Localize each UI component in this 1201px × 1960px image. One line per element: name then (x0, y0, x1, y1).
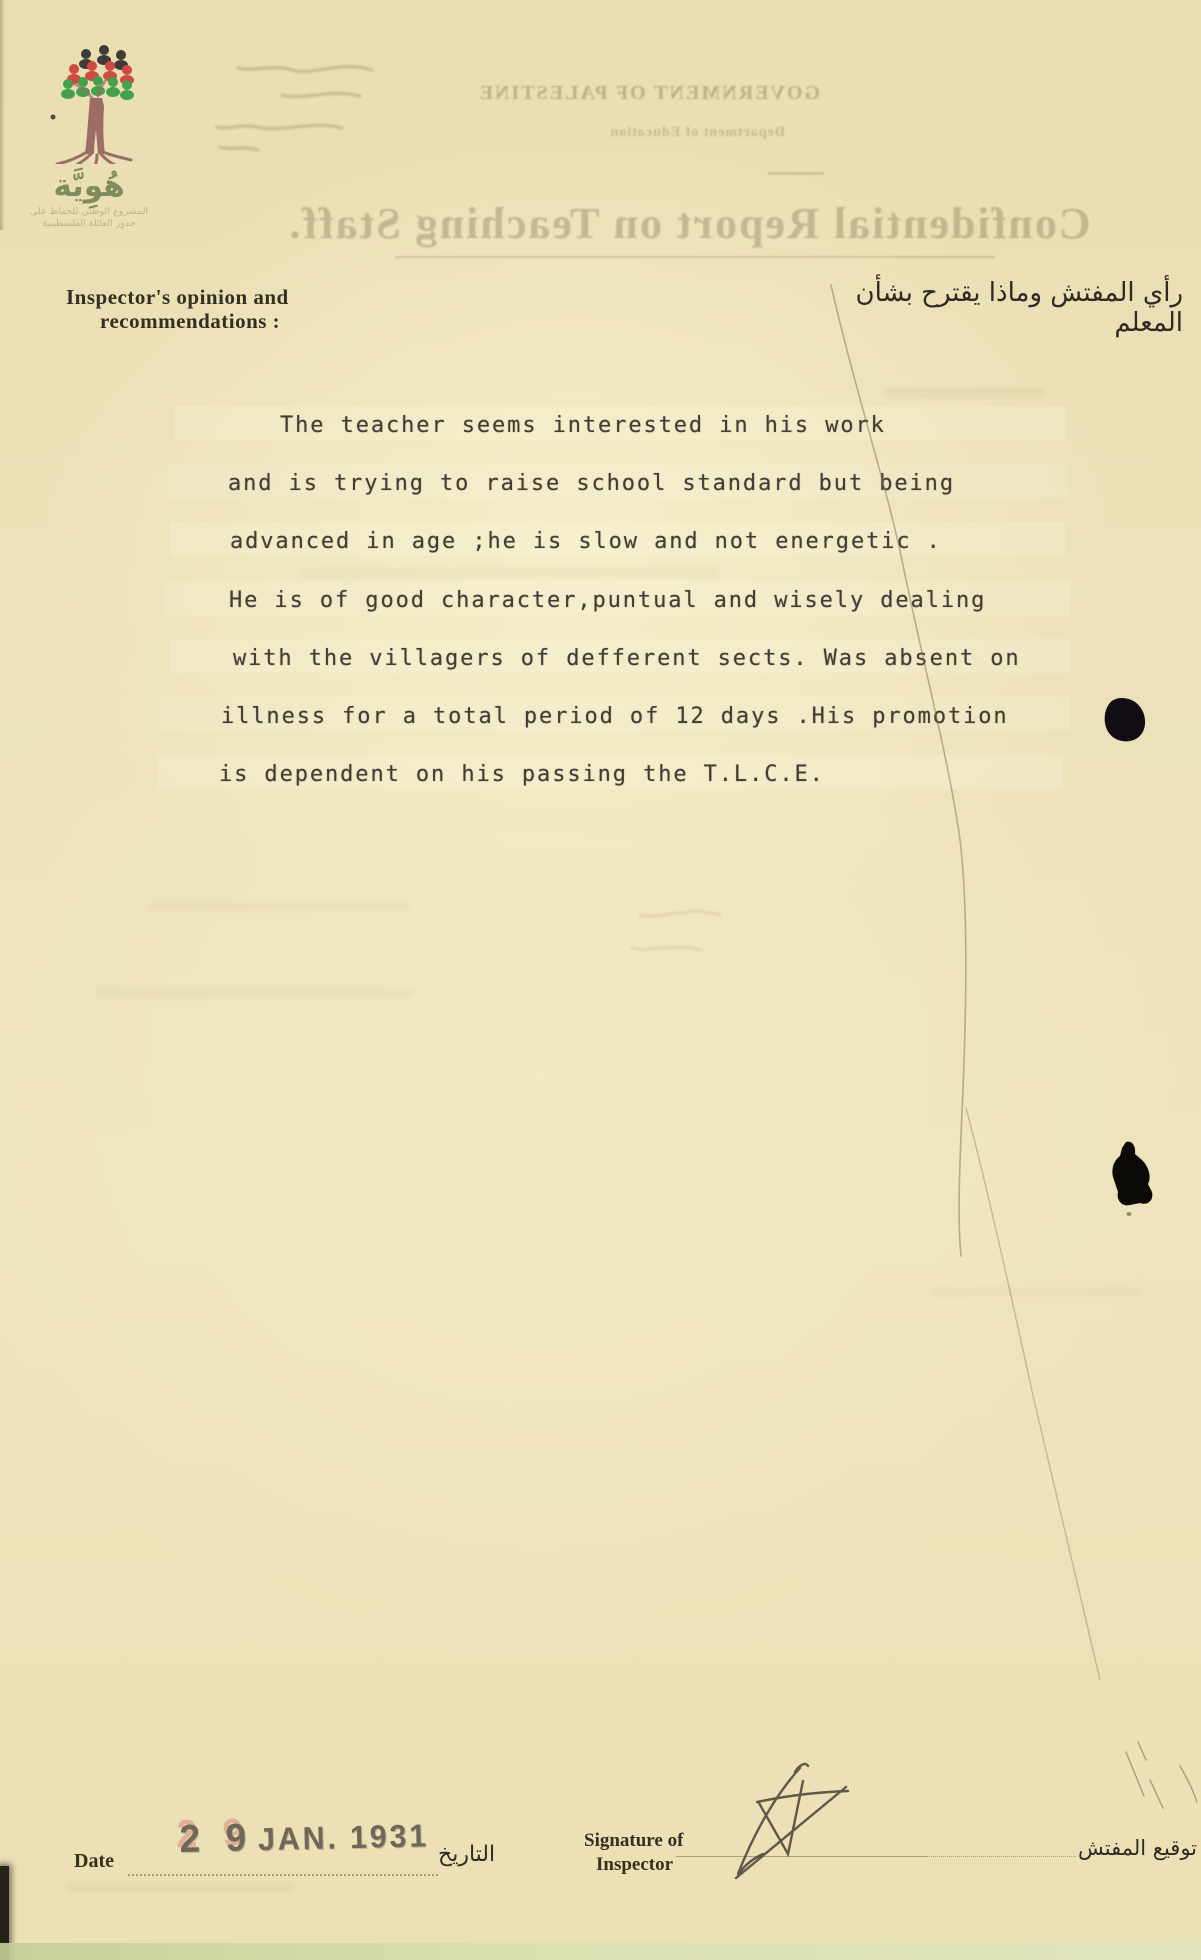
vignette-overlay (0, 0, 1201, 1960)
scanned-report-page: GOVERNMENT OF PALESTINE Department of Ed… (0, 0, 1201, 1960)
